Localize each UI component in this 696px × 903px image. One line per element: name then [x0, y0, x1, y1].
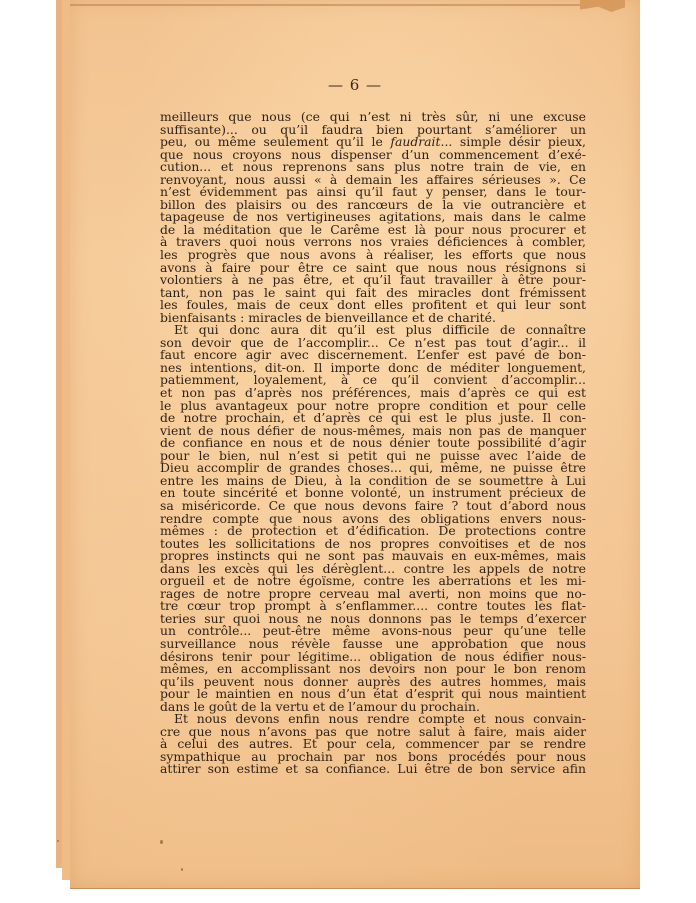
ink-spot	[57, 840, 59, 842]
text-line: attirer son estime et sa confiance. Lui …	[160, 763, 586, 776]
paragraph: Et qui donc aura dit qu’il est plus diff…	[160, 324, 586, 713]
body-text: meilleurs que nous (ce qui n’est ni très…	[160, 111, 586, 776]
page-top-fold	[70, 4, 625, 6]
ink-spot	[160, 840, 163, 844]
paragraph: meilleurs que nous (ce qui n’est ni très…	[160, 111, 586, 324]
paragraph: Et nous devons enfin nous rendre compte …	[160, 713, 586, 776]
ink-spot	[181, 868, 183, 871]
page-number: — 6 —	[70, 76, 640, 94]
